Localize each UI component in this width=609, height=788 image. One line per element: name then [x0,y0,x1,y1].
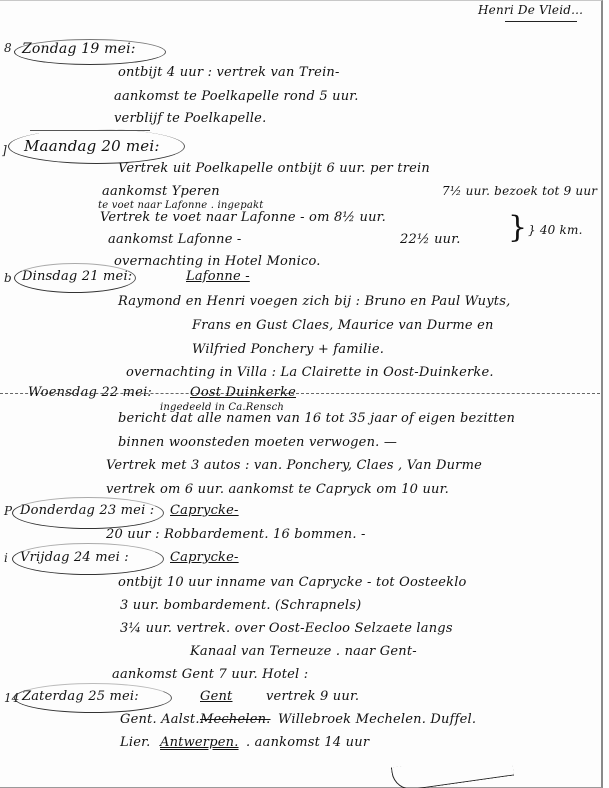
entry-line: Vertrek te voet naar Lafonne - om 8½ uur… [100,210,386,225]
diary-page: Henri De Vleid... 8 Zondag 19 mei: ontbi… [0,0,603,788]
entry-line: aankomst Lafonne - [108,232,242,247]
entry-line: 3 uur. bombardement. (Schrapnels) [120,598,361,613]
entry-line: ontbijt 4 uur : vertrek van Trein- [118,65,340,80]
place-heading: Caprycke- [170,550,239,565]
entry-line: Lier. [120,735,150,750]
day-heading: Maandag 20 mei: [24,137,160,155]
day-heading: Zaterdag 25 mei: [22,689,139,704]
entry-line: Frans en Gust Claes, Maurice van Durme e… [192,318,494,333]
entry-line: binnen woonsteden moeten verwogen. — [118,435,397,450]
entry-line: vertrek om 6 uur. aankomst te Capryck om… [106,482,449,497]
entry-line: vertrek 9 uur. [266,689,359,704]
entry-line: Willebroek Mechelen. Duffel. [278,712,476,727]
end-mark [391,751,514,788]
entry-line: 20 uur : Robbardement. 16 bommen. - [106,527,366,542]
margin-number: 8 [4,41,12,55]
day-heading: Donderdag 23 mei : [20,503,154,518]
margin-number: P [4,504,12,518]
entry-line: 22½ uur. [400,232,461,247]
entry-line: 7½ uur. bezoek tot 9 uur [442,184,597,198]
entry-line: Gent. Aalst.. [120,712,204,727]
entry-line: verblijf te Poelkapelle. [114,111,266,126]
entry-line: overnachting in Villa : La Clairette in … [126,365,494,380]
entry-line: 3¼ uur. vertrek. over Oost-Eecloo Selzae… [120,621,453,636]
place-heading: Gent [200,689,232,704]
signature-underline [505,21,577,22]
entry-line: Wilfried Ponchery + familie. [192,342,384,357]
day-heading: Dinsdag 21 mei: [22,269,132,284]
place-heading: Lafonne - [186,269,250,284]
entry-line: Raymond en Henri voegen zich bij : Bruno… [118,294,510,309]
entry-line: Vertrek uit Poelkapelle ontbijt 6 uur. p… [118,161,430,176]
margin-number: b [4,271,12,285]
entry-line: Kanaal van Terneuze . naar Gent- [190,644,417,659]
struck-word: Mechelen. [200,712,271,727]
place-heading: Caprycke- [170,503,239,518]
entry-line: aankomst te Poelkapelle rond 5 uur. [114,89,359,104]
entry-line: aankomst Yperen [102,184,220,199]
margin-number: i [4,551,8,565]
day-heading: Vrijdag 24 mei : [20,550,129,565]
entry-line: aankomst Gent 7 uur. Hotel : [112,667,308,682]
place-name: Antwerpen. [160,735,239,750]
distance-note: } 40 km. [528,223,583,237]
margin-number: ] [2,143,7,157]
day-heading: Woensdag 22 mei: [28,385,152,400]
entry-line: ontbijt 10 uur inname van Caprycke - tot… [118,575,467,590]
day-heading: Zondag 19 mei: [22,41,136,57]
entry-line: Vertrek met 3 autos : van. Ponchery, Cla… [106,458,482,473]
entry-line: bericht dat alle namen van 16 tot 35 jaa… [118,411,515,426]
author-signature: Henri De Vleid... [478,3,583,17]
place-heading: Oost Duinkerke [190,385,296,400]
brace: } [508,213,527,243]
entry-line: . aankomst 14 uur [246,735,369,750]
entry-line: overnachting in Hotel Monico. [114,254,321,269]
